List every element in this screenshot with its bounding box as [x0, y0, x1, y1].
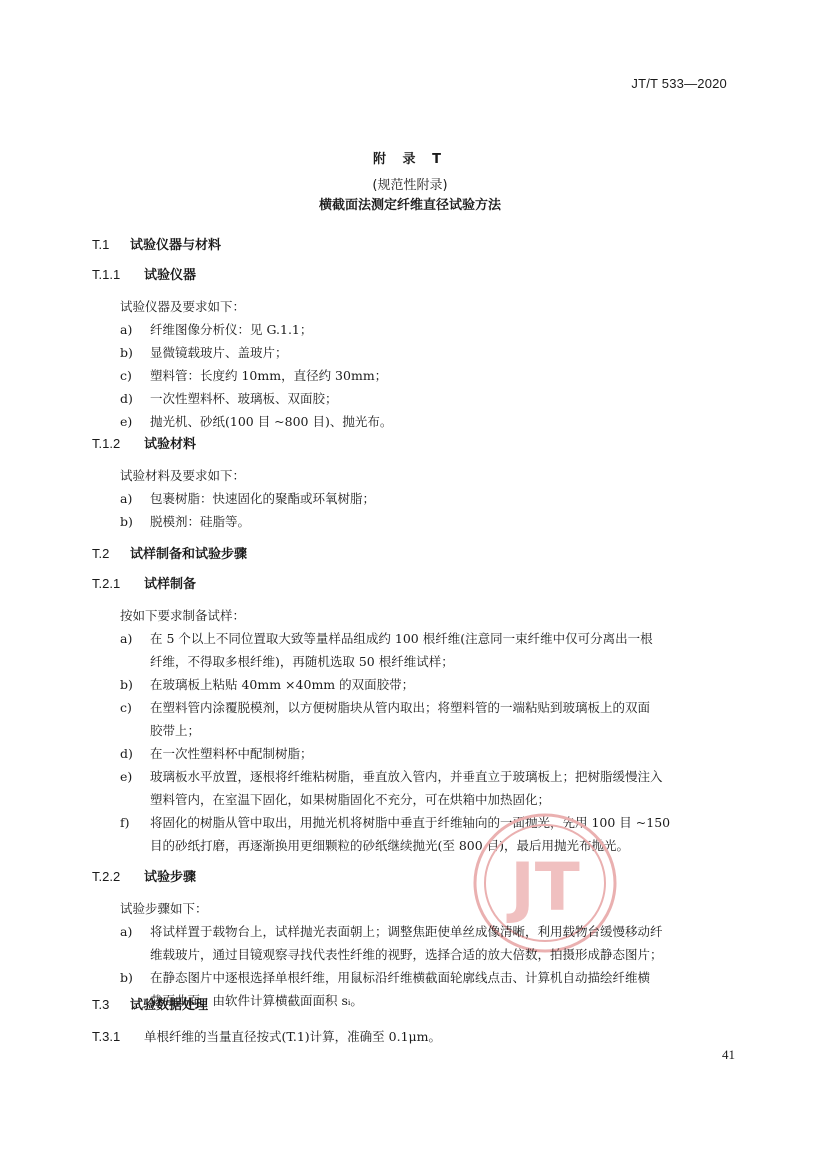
page-number: 41 — [722, 1047, 735, 1063]
list-item: b)在玻璃板上粘贴 40mm ×40mm 的双面胶带； — [120, 675, 414, 693]
list-item: a)将试样置于载物台上，试样抛光表面朝上；调整焦距使单丝成像清晰，利用载物台缓慢… — [120, 922, 663, 940]
list-item: c)在塑料管内涂覆脱模剂，以方便树脂块从管内取出；将塑料管的一端粘贴到玻璃板上的… — [120, 698, 650, 716]
list-text: 一次性塑料杯、玻璃板、双面胶； — [150, 391, 338, 406]
section-number: T.2 — [92, 546, 130, 561]
list-item: e)抛光机、砂纸(100 目 ~800 目)、抛光布。 — [120, 412, 392, 430]
list-text: 在静态图片中逐根选择单根纤维，用鼠标沿纤维横截面轮廓线点击、计算机自动描绘纤维横 — [150, 970, 650, 985]
section-number: T.3 — [92, 997, 130, 1012]
section-number: T.2.2 — [92, 869, 144, 884]
list-text: 显微镜载玻片、盖玻片； — [150, 345, 288, 360]
list-continuation: 塑料管内，在室温下固化，如果树脂固化不充分，可在烘箱中加热固化； — [150, 790, 550, 808]
list-text: 抛光机、砂纸(100 目 ~800 目)、抛光布。 — [150, 414, 392, 429]
list-item: b)显微镜载玻片、盖玻片； — [120, 343, 288, 361]
list-marker: d) — [120, 746, 150, 761]
list-continuation: 胶带上； — [150, 721, 200, 739]
list-text: 将试样置于载物台上，试样抛光表面朝上；调整焦距使单丝成像清晰，利用载物台缓慢移动… — [150, 924, 663, 939]
list-item: a)在 5 个以上不同位置取大致等量样品组成约 100 根纤维(注意同一束纤维中… — [120, 629, 653, 647]
intro-text: 试验仪器及要求如下： — [120, 297, 245, 315]
appendix-type: (规范性附录) — [0, 174, 820, 193]
section-title: 试验仪器 — [144, 268, 196, 283]
list-continuation: 纤维，不得取多根纤维)，再随机选取 50 根纤维试样； — [150, 652, 454, 670]
section-title: 试验材料 — [144, 437, 196, 452]
list-marker: b) — [120, 345, 150, 360]
list-item: c)塑料管：长度约 10mm，直径约 30mm； — [120, 366, 387, 384]
appendix-subtitle: 横截面法测定纤维直径试验方法 — [0, 194, 820, 213]
list-text: 在玻璃板上粘贴 40mm ×40mm 的双面胶带； — [150, 677, 414, 692]
section-title: 试样制备和试验步骤 — [130, 547, 247, 562]
section-number: T.1.1 — [92, 267, 144, 282]
paragraph-text: 单根纤维的当量直径按式(T.1)计算，准确至 0.1μm。 — [144, 1029, 441, 1044]
list-text: 在 5 个以上不同位置取大致等量样品组成约 100 根纤维(注意同一束纤维中仅可… — [150, 631, 653, 646]
list-item: b)脱模剂：硅脂等。 — [120, 512, 250, 530]
list-marker: e) — [120, 769, 150, 784]
list-text: 脱模剂：硅脂等。 — [150, 514, 250, 529]
list-text: 玻璃板水平放置，逐根将纤维粘树脂，垂直放入管内，并垂直立于玻璃板上；把树脂缓慢注… — [150, 769, 663, 784]
list-item: b)在静态图片中逐根选择单根纤维，用鼠标沿纤维横截面轮廓线点击、计算机自动描绘纤… — [120, 968, 650, 986]
appendix-title: 附 录 T — [0, 148, 820, 167]
section-number: T.1.2 — [92, 436, 144, 451]
list-text: 塑料管：长度约 10mm，直径约 30mm； — [150, 368, 387, 383]
list-item: a)包裹树脂：快速固化的聚酯或环氧树脂； — [120, 489, 375, 507]
intro-text: 按如下要求制备试样： — [120, 606, 245, 624]
list-marker: e) — [120, 414, 150, 429]
section-heading-t1: T.1试验仪器与材料 — [92, 234, 221, 253]
section-title: 试验步骤 — [144, 870, 196, 885]
list-text: 在一次性塑料杯中配制树脂； — [150, 746, 313, 761]
list-marker: f) — [120, 815, 150, 830]
section-paragraph-t31: T.3.1单根纤维的当量直径按式(T.1)计算，准确至 0.1μm。 — [92, 1027, 441, 1045]
intro-text: 试验材料及要求如下： — [120, 466, 245, 484]
list-marker: a) — [120, 924, 150, 939]
section-number: T.1 — [92, 237, 130, 252]
section-heading-t11: T.1.1试验仪器 — [92, 264, 196, 283]
section-title: 试验数据处理 — [130, 998, 208, 1013]
standard-number: JT/T 533—2020 — [631, 76, 727, 91]
list-item: a)纤维图像分析仪：见 G.1.1； — [120, 320, 312, 338]
section-heading-t21: T.2.1试样制备 — [92, 573, 196, 592]
list-continuation: 维载玻片，通过目镜观察寻找代表性纤维的视野，选择合适的放大倍数，拍摄形成静态图片… — [150, 945, 663, 963]
intro-text: 试验步骤如下： — [120, 899, 208, 917]
section-heading-t2: T.2试样制备和试验步骤 — [92, 543, 247, 562]
section-heading-t3: T.3试验数据处理 — [92, 994, 208, 1013]
list-marker: c) — [120, 368, 150, 383]
list-marker: b) — [120, 677, 150, 692]
list-item: e)玻璃板水平放置，逐根将纤维粘树脂，垂直放入管内，并垂直立于玻璃板上；把树脂缓… — [120, 767, 663, 785]
list-item: d)一次性塑料杯、玻璃板、双面胶； — [120, 389, 338, 407]
section-heading-t22: T.2.2试验步骤 — [92, 866, 196, 885]
list-marker: a) — [120, 631, 150, 646]
section-number: T.3.1 — [92, 1029, 144, 1044]
list-text: 包裹树脂：快速固化的聚酯或环氧树脂； — [150, 491, 375, 506]
list-marker: d) — [120, 391, 150, 406]
list-marker: b) — [120, 970, 150, 985]
list-marker: c) — [120, 700, 150, 715]
list-text: 在塑料管内涂覆脱模剂，以方便树脂块从管内取出；将塑料管的一端粘贴到玻璃板上的双面 — [150, 700, 650, 715]
section-title: 试样制备 — [144, 577, 196, 592]
svg-text:JT: JT — [506, 849, 580, 926]
section-heading-t12: T.1.2试验材料 — [92, 433, 196, 452]
list-text: 纤维图像分析仪：见 G.1.1； — [150, 322, 312, 337]
list-marker: b) — [120, 514, 150, 529]
list-marker: a) — [120, 322, 150, 337]
list-item: d)在一次性塑料杯中配制树脂； — [120, 744, 313, 762]
list-marker: a) — [120, 491, 150, 506]
section-title: 试验仪器与材料 — [130, 238, 221, 253]
section-number: T.2.1 — [92, 576, 144, 591]
